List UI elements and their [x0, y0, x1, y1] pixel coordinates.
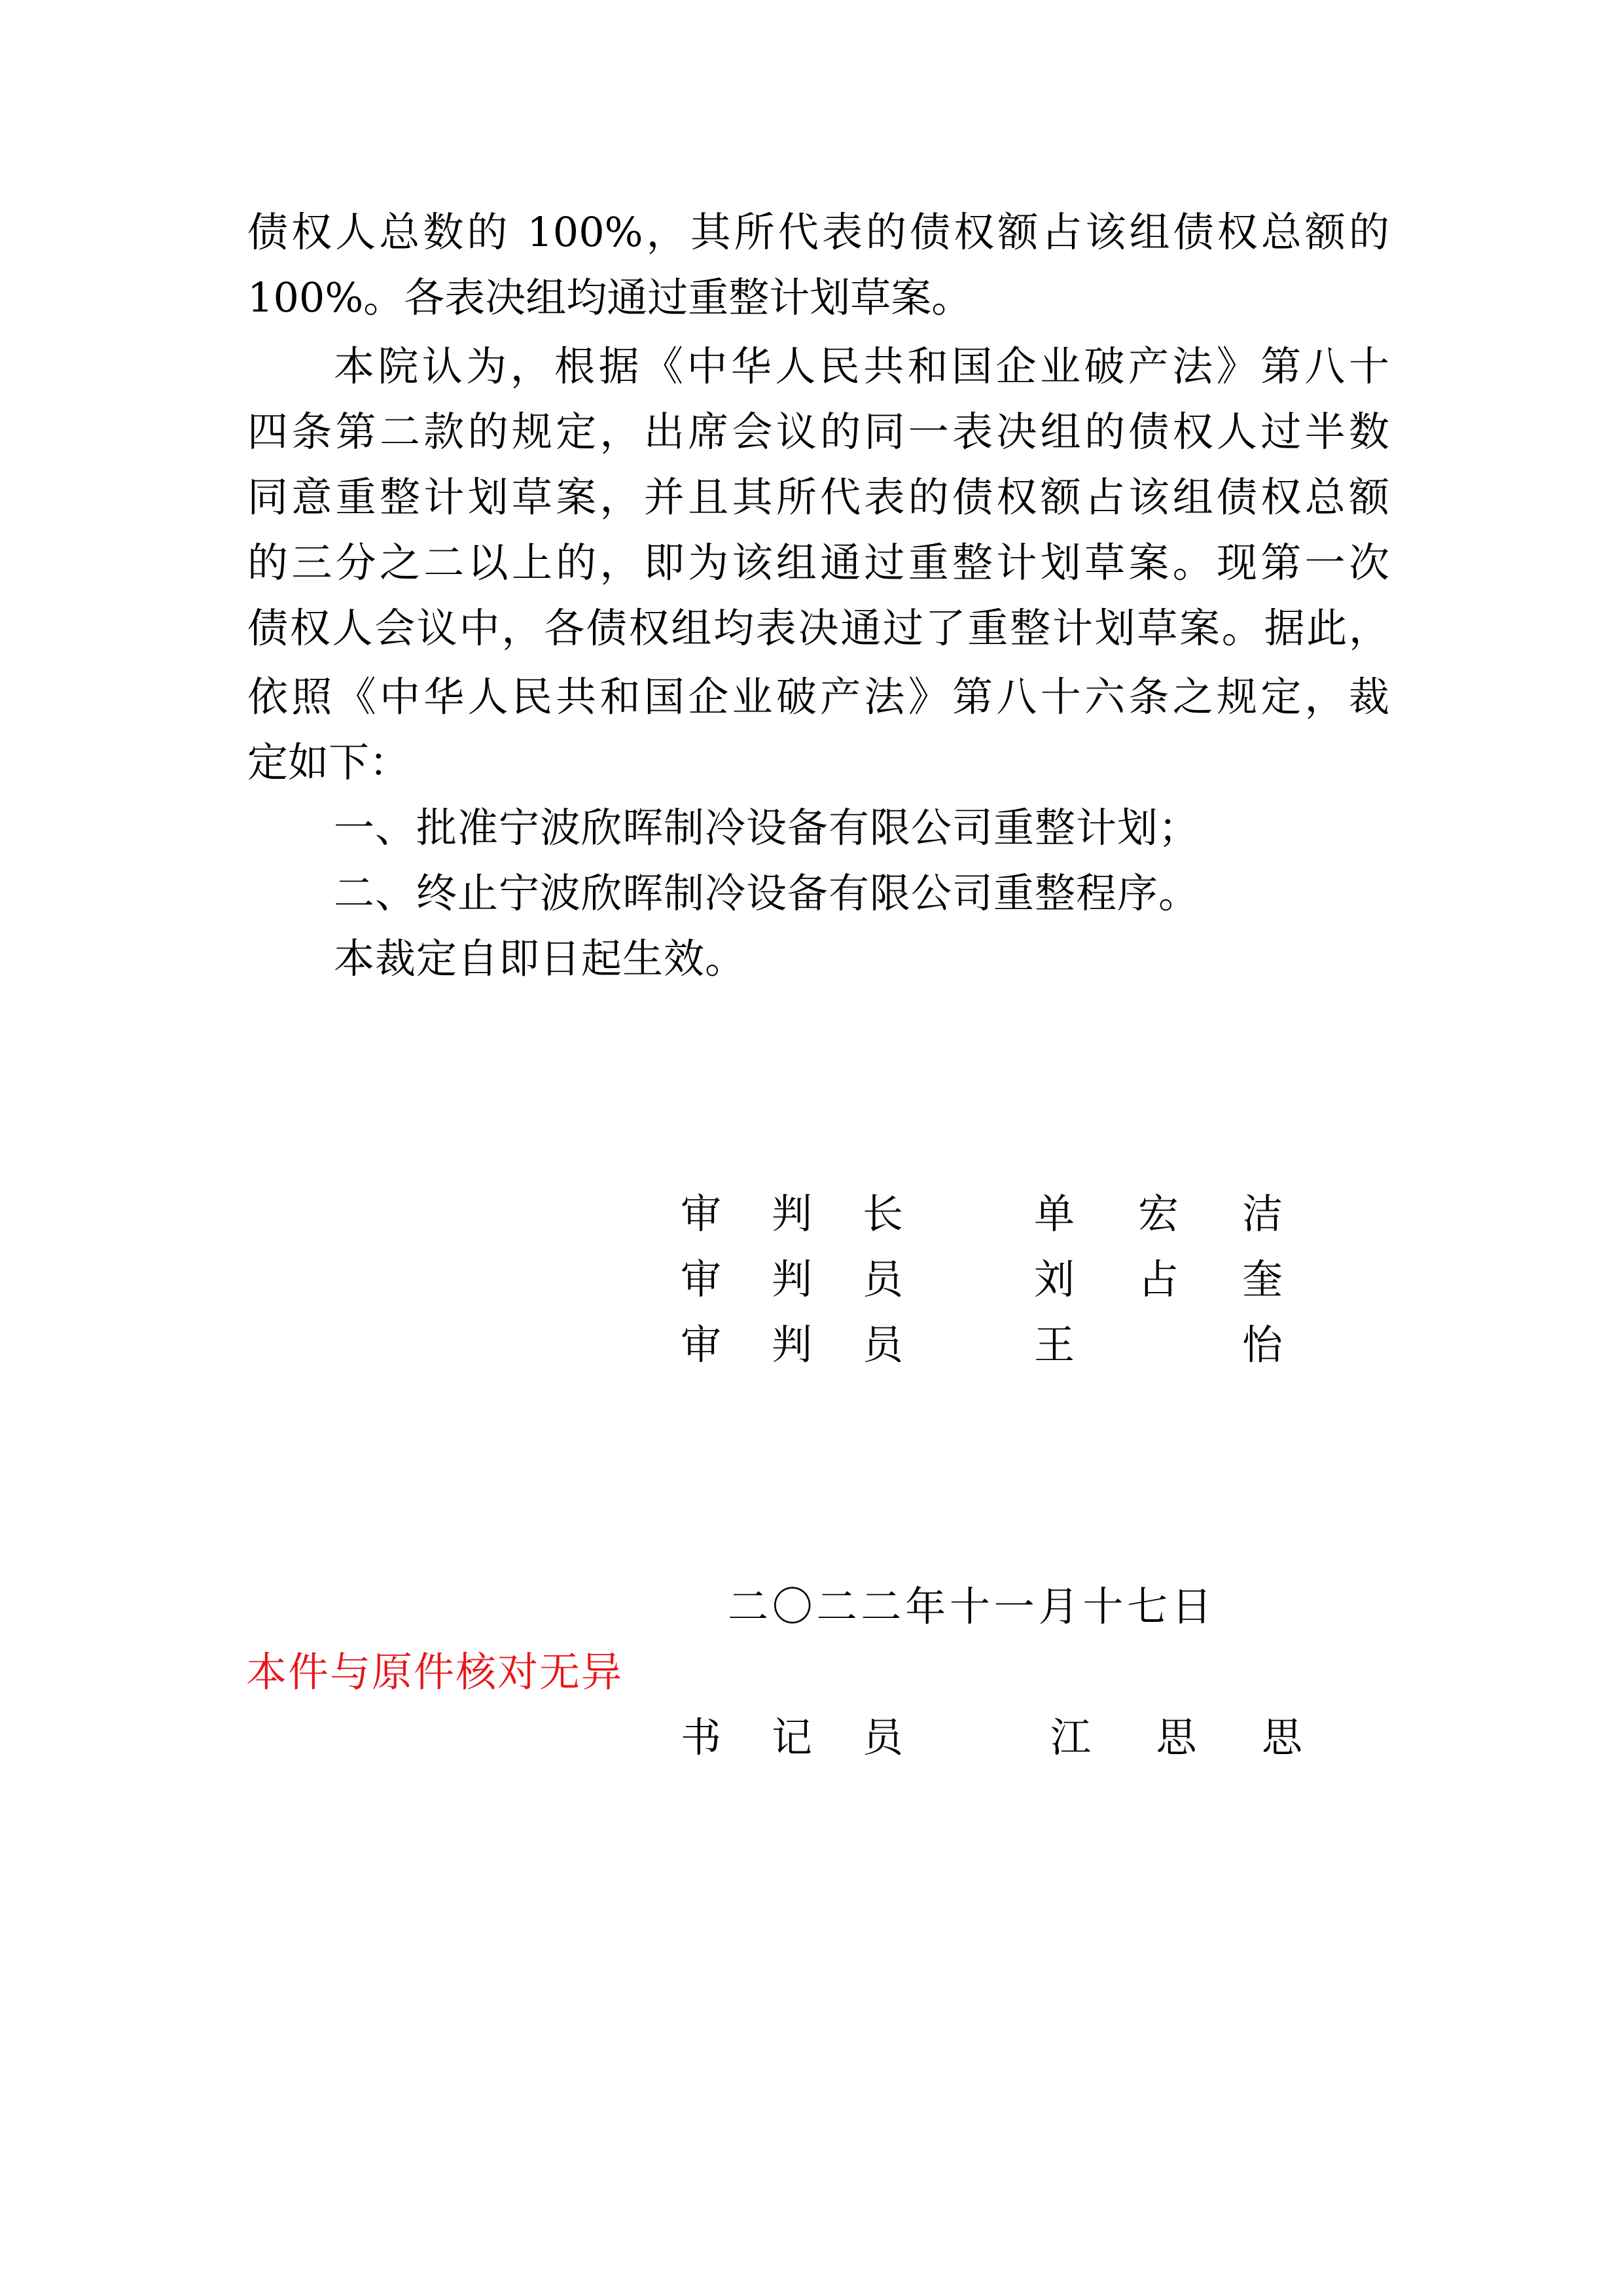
name-char: 怡 — [1242, 1312, 1283, 1378]
title-char: 员 — [863, 1705, 903, 1770]
body-line-5: 同意重整计划草案，并且其所代表的债权额占该组债权总额 — [247, 465, 1389, 530]
body-line-3: 本院认为，根据《中华人民共和国企业破产法》第八十 — [334, 334, 1389, 399]
name-char — [1138, 1312, 1179, 1378]
body-line-1: 债权人总数的 100%，其所代表的债权额占该组债权总额的 — [247, 200, 1389, 265]
signature-name: 单 宏 洁 — [1034, 1181, 1283, 1247]
body-line-2: 100%。各表决组均通过重整计划草案。 — [247, 265, 1389, 331]
name-char: 单 — [1034, 1181, 1075, 1247]
document-page: 债权人总数的 100%，其所代表的债权额占该组债权总额的 100%。各表决组均通… — [0, 0, 1623, 2296]
name-char: 思 — [1156, 1705, 1196, 1770]
signature-title: 审 判 员 — [681, 1312, 903, 1378]
name-char: 刘 — [1034, 1247, 1075, 1312]
body-line-9: 定如下： — [247, 730, 1389, 795]
title-char: 判 — [772, 1181, 812, 1247]
title-char: 长 — [863, 1181, 903, 1247]
signature-title: 审 判 员 — [681, 1247, 903, 1312]
body-line-4: 四条第二款的规定，出席会议的同一表决组的债权人过半数 — [247, 399, 1389, 465]
title-char: 记 — [772, 1705, 812, 1770]
title-char: 审 — [681, 1181, 721, 1247]
signature-title: 审 判 长 — [681, 1181, 903, 1247]
name-char: 思 — [1262, 1705, 1302, 1770]
title-char: 审 — [681, 1312, 721, 1378]
clerk-title: 书 记 员 — [681, 1705, 903, 1770]
name-char: 占 — [1138, 1247, 1179, 1312]
title-char: 审 — [681, 1247, 721, 1312]
body-line-6: 的三分之二以上的，即为该组通过重整计划草案。现第一次 — [247, 530, 1389, 596]
signature-name: 王 怡 — [1034, 1312, 1283, 1378]
certification-note: 本件与原件核对无异 — [246, 1640, 623, 1705]
name-char: 王 — [1034, 1312, 1075, 1378]
name-char: 宏 — [1138, 1181, 1179, 1247]
title-char: 判 — [772, 1247, 812, 1312]
ruling-item-2: 二、终止宁波欣晖制冷设备有限公司重整程序。 — [334, 861, 1476, 926]
name-char: 洁 — [1242, 1181, 1283, 1247]
clerk-name: 江 思 思 — [1050, 1705, 1302, 1770]
name-char: 江 — [1050, 1705, 1091, 1770]
ruling-item-1: 一、批准宁波欣晖制冷设备有限公司重整计划； — [334, 795, 1476, 861]
ruling-date: 二〇二二年十一月十七日 — [728, 1574, 1212, 1640]
title-char: 员 — [863, 1247, 903, 1312]
title-char: 员 — [863, 1312, 903, 1378]
title-char: 判 — [772, 1312, 812, 1378]
name-char: 奎 — [1242, 1247, 1283, 1312]
body-line-8: 依照《中华人民共和国企业破产法》第八十六条之规定，裁 — [247, 664, 1389, 730]
signature-name: 刘 占 奎 — [1034, 1247, 1283, 1312]
effective-statement: 本裁定自即日起生效。 — [334, 926, 1476, 992]
title-char: 书 — [681, 1705, 721, 1770]
body-line-7: 债权人会议中，各债权组均表决通过了重整计划草案。据此， — [247, 596, 1389, 661]
